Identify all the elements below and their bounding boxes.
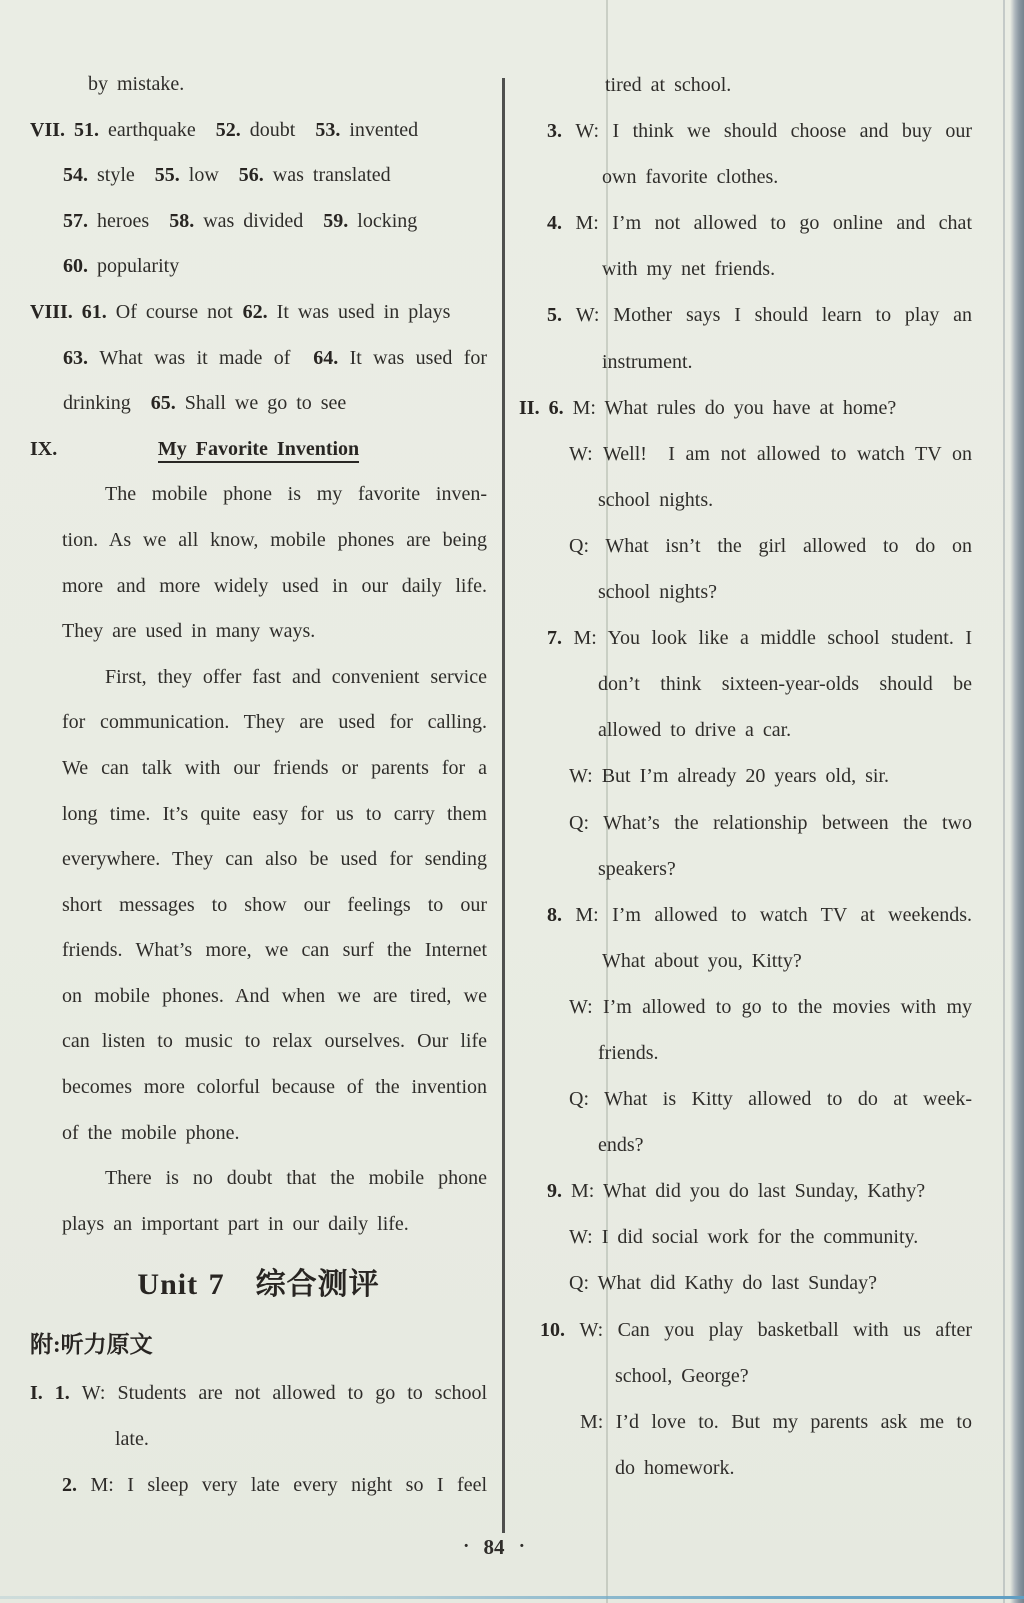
text-line: late.: [30, 1417, 487, 1463]
item-number: 51.: [74, 119, 108, 141]
text-line: allowed to drive a car.: [519, 707, 972, 753]
text-segment: M: I’d love to. But my parents ask me to: [580, 1411, 972, 1433]
item-number: Unit 7: [137, 1268, 224, 1301]
item-number: 7.: [547, 627, 573, 649]
item-number: 9.: [547, 1180, 571, 1202]
item-number: 5.: [547, 304, 576, 326]
text-line: VII. 51. earthquake 52. doubt 53. invent…: [30, 108, 487, 154]
text-line: They are used in many ways.: [30, 609, 487, 655]
text-segment: drinking: [63, 392, 151, 414]
text-line: I. 1. W: Students are not allowed to go …: [30, 1371, 487, 1417]
text-segment: What about you, Kitty?: [602, 950, 802, 972]
page-crease-line: [1003, 0, 1005, 1603]
text-line: instrument.: [519, 339, 972, 385]
page-number-value: 84: [484, 1535, 505, 1559]
item-number: 62.: [243, 301, 277, 323]
text-segment: M: You look like a middle school student…: [573, 627, 972, 649]
text-segment: low: [189, 164, 239, 186]
text-segment: style: [97, 164, 155, 186]
text-line: 2. M: I sleep very late every night so I…: [30, 1463, 487, 1509]
item-number: 8.: [547, 904, 575, 926]
text-line: What about you, Kitty?: [519, 938, 972, 984]
item-number: 55.: [155, 164, 189, 186]
text-segment: plays an important part in our daily lif…: [62, 1213, 409, 1235]
item-number: 1.: [55, 1382, 82, 1404]
page-number-dot: ·: [462, 1531, 471, 1560]
item-number: 6.: [549, 397, 573, 419]
text-segment: popularity: [97, 255, 179, 277]
text-line: can listen to music to relax ourselves. …: [30, 1019, 487, 1065]
text-segment: ends?: [598, 1134, 644, 1156]
item-number: 63.: [63, 347, 99, 369]
item-number: 附:听力原文: [30, 1332, 153, 1357]
text-line: 8. M: I’m allowed to watch TV at weekend…: [519, 892, 972, 938]
text-segment: doubt: [250, 119, 316, 141]
text-segment: everywhere. They can also be used for se…: [62, 848, 487, 870]
item-number: 10.: [540, 1319, 579, 1341]
text-segment: What was it made of: [99, 347, 313, 369]
text-segment: Q: What did Kathy do last Sunday?: [569, 1272, 877, 1294]
text-line: 5. W: Mother says I should learn to play…: [519, 292, 972, 338]
text-line: 60. popularity: [30, 244, 487, 290]
text-line: for communication. They are used for cal…: [30, 700, 487, 746]
left-column: by mistake.VII. 51. earthquake 52. doubt…: [30, 62, 487, 1508]
text-line: friends. What’s more, we can surf the In…: [30, 928, 487, 974]
text-segment: There is no doubt that the mobile phone: [105, 1167, 487, 1189]
item-number: 53.: [315, 119, 349, 141]
text-line: school, George?: [519, 1353, 972, 1399]
text-line: school nights?: [519, 569, 972, 615]
text-line: drinking 65. Shall we go to see: [30, 381, 487, 427]
text-segment: more and more widely used in our daily l…: [62, 575, 487, 597]
text-line: speakers?: [519, 846, 972, 892]
text-segment: speakers?: [598, 858, 676, 880]
text-segment: long time. It’s quite easy for us to car…: [62, 803, 487, 825]
text-segment: tired at school.: [605, 74, 731, 96]
item-number: VIII.: [30, 301, 82, 323]
text-line: W: But I’m already 20 years old, sir.: [519, 753, 972, 799]
text-line: 54. style 55. low 56. was translated: [30, 153, 487, 199]
text-segment: W: But I’m already 20 years old, sir.: [569, 765, 889, 787]
item-number: VII.: [30, 119, 74, 141]
text-segment: was divided: [203, 210, 323, 232]
text-segment: First, they offer fast and convenient se…: [105, 666, 487, 688]
text-segment: allowed to drive a car.: [598, 719, 791, 741]
text-segment: W: Students are not allowed to go to sch…: [82, 1382, 487, 1404]
text-segment: short messages to show our feelings to o…: [62, 894, 487, 916]
item-number: 65.: [151, 392, 185, 414]
text-segment: late.: [115, 1428, 149, 1450]
text-line: W: Well! I am not allowed to watch TV on: [519, 431, 972, 477]
page-number-dot: ·: [518, 1531, 527, 1560]
text-segment: friends. What’s more, we can surf the In…: [62, 939, 487, 961]
right-column: tired at school.3. W: I think we should …: [519, 62, 972, 1491]
text-line: W: I’m allowed to go to the movies with …: [519, 984, 972, 1030]
text-segment: can listen to music to relax ourselves. …: [62, 1030, 487, 1052]
text-line: Q: What is Kitty allowed to do at week-: [519, 1076, 972, 1122]
text-segment: W: Mother says I should learn to play an: [576, 304, 972, 326]
text-line: First, they offer fast and convenient se…: [30, 655, 487, 701]
text-line: 7. M: You look like a middle school stud…: [519, 615, 972, 661]
text-line: with my net friends.: [519, 246, 972, 292]
text-segment: was translated: [273, 164, 391, 186]
text-segment: own favorite clothes.: [602, 166, 778, 188]
text-line: There is no doubt that the mobile phone: [30, 1156, 487, 1202]
text-line: Q: What did Kathy do last Sunday?: [519, 1260, 972, 1306]
text-segment: Q: What isn’t the girl allowed to do on: [569, 535, 972, 557]
text-line: do homework.: [519, 1445, 972, 1491]
text-line: Q: What isn’t the girl allowed to do on: [519, 523, 972, 569]
text-segment: Q: What is Kitty allowed to do at week-: [569, 1088, 972, 1110]
item-number: 61.: [82, 301, 116, 323]
text-segment: It was used for: [350, 347, 487, 369]
page-number: ·84·: [444, 1531, 544, 1561]
text-segment: invented: [349, 119, 418, 141]
text-segment: of the mobile phone.: [62, 1122, 240, 1144]
item-number: 56.: [239, 164, 273, 186]
page-bottom-edge-line: [0, 1596, 1024, 1599]
text-segment: Of course not: [116, 301, 243, 323]
text-line: tion. As we all know, mobile phones are …: [30, 518, 487, 564]
text-segment: with my net friends.: [602, 258, 775, 280]
text-segment: by mistake.: [88, 73, 184, 95]
item-number: 3.: [547, 120, 575, 142]
item-number: 综合测评: [256, 1268, 380, 1301]
text-segment: W: Can you play basketball with us after: [579, 1319, 972, 1341]
text-segment: tion. As we all know, mobile phones are …: [62, 529, 487, 551]
text-line: 9. M: What did you do last Sunday, Kathy…: [519, 1168, 972, 1214]
text-segment: for communication. They are used for cal…: [62, 711, 487, 733]
text-line: 57. heroes 58. was divided 59. locking: [30, 199, 487, 245]
text-segment: Shall we go to see: [185, 392, 347, 414]
text-line: M: I’d love to. But my parents ask me to: [519, 1399, 972, 1445]
text-segment: Q: What’s the relationship between the t…: [569, 812, 972, 834]
column-divider-line: [502, 78, 505, 1533]
text-segment: W: Well! I am not allowed to watch TV on: [569, 443, 972, 465]
text-segment: M: I’m allowed to watch TV at weekends.: [575, 904, 972, 926]
text-line: don’t think sixteen-year-olds should be: [519, 661, 972, 707]
text-line: everywhere. They can also be used for se…: [30, 837, 487, 883]
item-number: 52.: [216, 119, 250, 141]
text-segment: We can talk with our friends or parents …: [62, 757, 487, 779]
text-line: 4. M: I’m not allowed to go online and c…: [519, 200, 972, 246]
item-number: II.: [519, 397, 549, 419]
text-segment: M: What rules do you have at home?: [573, 397, 897, 419]
text-segment: They are used in many ways.: [62, 620, 315, 642]
text-segment: on mobile phones. And when we are tired,…: [62, 985, 487, 1007]
text-segment: instrument.: [602, 351, 693, 373]
text-line: Q: What’s the relationship between the t…: [519, 800, 972, 846]
text-segment: school, George?: [615, 1365, 749, 1387]
page-edge-shadow: [1010, 0, 1024, 1603]
item-number: 2.: [62, 1474, 90, 1496]
section-roman-numeral: IX.: [30, 427, 57, 473]
text-line: ends?: [519, 1122, 972, 1168]
text-line: short messages to show our feelings to o…: [30, 883, 487, 929]
text-segment: W: I’m allowed to go to the movies with …: [569, 996, 972, 1018]
text-line: by mistake.: [30, 62, 487, 108]
unit-heading: Unit 7 综合测评: [30, 1251, 487, 1319]
text-line: 3. W: I think we should choose and buy o…: [519, 108, 972, 154]
book-page: by mistake.VII. 51. earthquake 52. doubt…: [0, 0, 1024, 1603]
text-segment: school nights?: [598, 581, 717, 603]
text-line: 63. What was it made of 64. It was used …: [30, 336, 487, 382]
text-line: own favorite clothes.: [519, 154, 972, 200]
item-number: 59.: [323, 210, 357, 232]
text-line: on mobile phones. And when we are tired,…: [30, 974, 487, 1020]
text-line: tired at school.: [519, 62, 972, 108]
item-number: [225, 1268, 256, 1301]
text-line: long time. It’s quite easy for us to car…: [30, 792, 487, 838]
text-segment: don’t think sixteen-year-olds should be: [598, 673, 972, 695]
text-line: becomes more colorful because of the inv…: [30, 1065, 487, 1111]
text-segment: M: I sleep very late every night so I fe…: [90, 1474, 487, 1496]
listening-script-heading: 附:听力原文: [30, 1319, 487, 1371]
text-line: 10. W: Can you play basketball with us a…: [519, 1307, 972, 1353]
item-number: 60.: [63, 255, 97, 277]
text-line: The mobile phone is my favorite inven-: [30, 472, 487, 518]
item-number: I.: [30, 1382, 55, 1404]
text-segment: heroes: [97, 210, 169, 232]
text-segment: school nights.: [598, 489, 713, 511]
item-number: 54.: [63, 164, 97, 186]
text-segment: M: I’m not allowed to go online and chat: [575, 212, 972, 234]
item-number: 58.: [169, 210, 203, 232]
item-number: 64.: [313, 347, 349, 369]
essay-title: My Favorite Invention: [158, 438, 359, 463]
text-segment: M: What did you do last Sunday, Kathy?: [571, 1180, 925, 1202]
text-segment: W: I did social work for the community.: [569, 1226, 918, 1248]
text-line: W: I did social work for the community.: [519, 1214, 972, 1260]
text-segment: friends.: [598, 1042, 659, 1064]
text-line: VIII. 61. Of course not 62. It was used …: [30, 290, 487, 336]
text-segment: do homework.: [615, 1457, 735, 1479]
text-segment: The mobile phone is my favorite inven-: [105, 483, 487, 505]
text-line: of the mobile phone.: [30, 1111, 487, 1157]
text-line: more and more widely used in our daily l…: [30, 564, 487, 610]
text-segment: W: I think we should choose and buy our: [575, 120, 972, 142]
essay-title-line: IX.My Favorite Invention: [30, 427, 487, 473]
text-line: school nights.: [519, 477, 972, 523]
text-line: friends.: [519, 1030, 972, 1076]
item-number: 4.: [547, 212, 575, 234]
text-line: We can talk with our friends or parents …: [30, 746, 487, 792]
text-segment: locking: [357, 210, 417, 232]
text-segment: earthquake: [108, 119, 216, 141]
text-line: II. 6. M: What rules do you have at home…: [519, 385, 972, 431]
item-number: 57.: [63, 210, 97, 232]
text-segment: It was used in plays: [277, 301, 451, 323]
text-line: plays an important part in our daily lif…: [30, 1202, 487, 1248]
text-segment: becomes more colorful because of the inv…: [62, 1076, 487, 1098]
